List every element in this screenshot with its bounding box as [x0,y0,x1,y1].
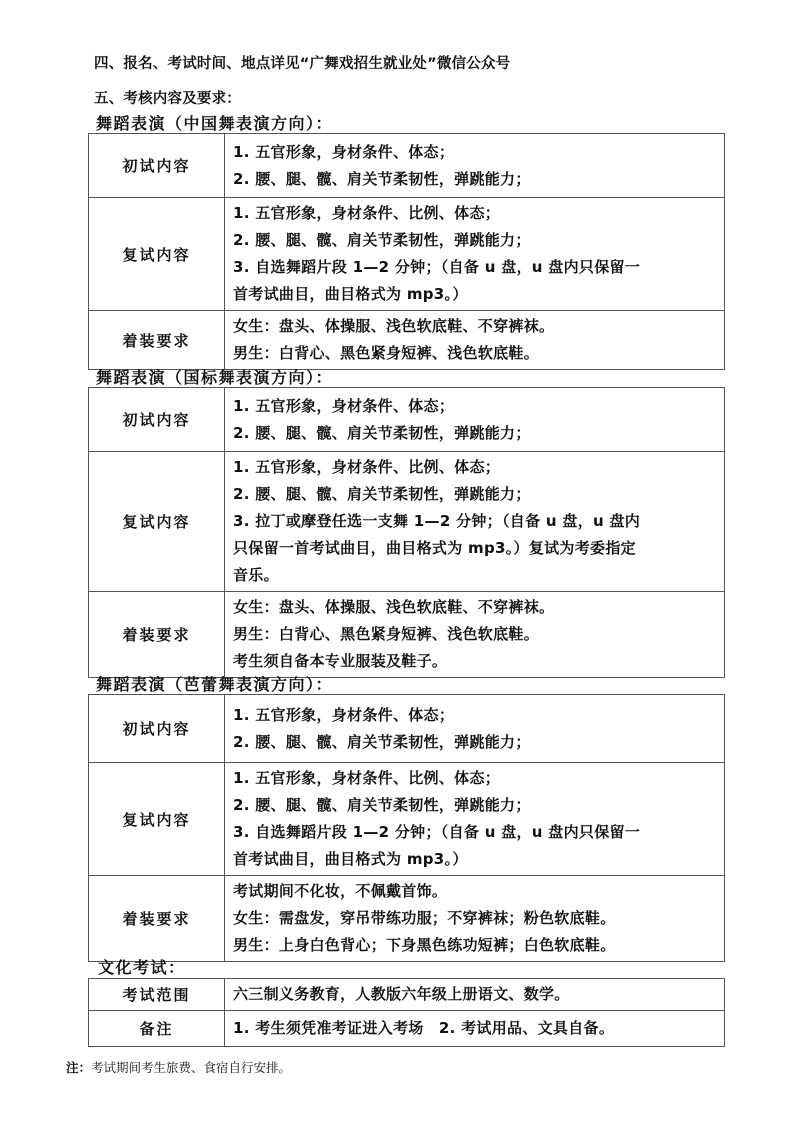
heading-registration-info: 四、报名、考试时间、地点详见“广舞戏招生就业处”微信公众号 [94,52,510,73]
table-row: 初试内容 1. 五官形象，身材条件、体态； 2. 腰、腿、髋、肩关节柔韧性，弹跳… [89,388,725,452]
table-row: 考试范围 六三制义务教育，人教版六年级上册语文、数学。 [89,979,725,1011]
content-line: 男生：白背心、黑色紧身短裤、浅色软底鞋。 [233,340,720,367]
content-line: 2. 腰、腿、髋、肩关节柔韧性，弹跳能力； [233,227,720,254]
content-line: 只保留一首考试曲目，曲目格式为 mp3。）复试为考委指定 [233,535,720,562]
content-line: 3. 自选舞蹈片段 1—2 分钟；（自备 u 盘，u 盘内只保留一 [233,819,720,846]
content-line: 女生：需盘发，穿吊带练功服；不穿裤袜；粉色软底鞋。 [233,905,720,932]
section-title-culture-exam: 文化考试： [98,955,186,978]
table-row: 复试内容 1. 五官形象，身材条件、比例、体态； 2. 腰、腿、髋、肩关节柔韧性… [89,452,725,592]
footnote: 注：考试期间考生旅费、食宿自行安排。 [66,1058,291,1076]
footnote-text: 考试期间考生旅费、食宿自行安排。 [91,1060,291,1075]
content-line: 3. 拉丁或摩登任选一支舞 1—2 分钟；（自备 u 盘，u 盘内 [233,508,720,535]
content-line: 考生须自备本专业服装及鞋子。 [233,648,720,675]
table-row: 着装要求 女生：盘头、体操服、浅色软底鞋、不穿裤袜。 男生：白背心、黑色紧身短裤… [89,311,725,370]
content-line: 首考试曲目，曲目格式为 mp3。） [233,846,720,873]
content-line: 1. 考生须凭准考证进入考场 2. 考试用品、文具自备。 [233,1015,720,1042]
row-content: 1. 五官形象，身材条件、比例、体态； 2. 腰、腿、髋、肩关节柔韧性，弹跳能力… [225,452,725,592]
table-chinese-dance: 初试内容 1. 五官形象，身材条件、体态； 2. 腰、腿、髋、肩关节柔韧性，弹跳… [88,133,725,370]
content-line: 1. 五官形象，身材条件、比例、体态； [233,765,720,792]
content-line: 2. 腰、腿、髋、肩关节柔韧性，弹跳能力； [233,792,720,819]
content-line: 首考试曲目，曲目格式为 mp3。） [233,281,720,308]
row-content: 1. 五官形象，身材条件、体态； 2. 腰、腿、髋、肩关节柔韧性，弹跳能力； [225,134,725,198]
content-line: 女生：盘头、体操服、浅色软底鞋、不穿裤袜。 [233,313,720,340]
content-line: 1. 五官形象，身材条件、比例、体态； [233,200,720,227]
content-line: 1. 五官形象，身材条件、体态； [233,139,720,166]
table-row: 着装要求 考试期间不化妆，不佩戴首饰。 女生：需盘发，穿吊带练功服；不穿裤袜；粉… [89,876,725,962]
table-row: 复试内容 1. 五官形象，身材条件、比例、体态； 2. 腰、腿、髋、肩关节柔韧性… [89,198,725,311]
row-label: 备注 [89,1011,225,1047]
row-label: 考试范围 [89,979,225,1011]
table-row: 初试内容 1. 五官形象，身材条件、体态； 2. 腰、腿、髋、肩关节柔韧性，弹跳… [89,695,725,763]
table-ballet: 初试内容 1. 五官形象，身材条件、体态； 2. 腰、腿、髋、肩关节柔韧性，弹跳… [88,694,725,962]
section-title-ballet: 舞蹈表演（芭蕾舞表演方向）： [96,672,333,695]
content-line: 3. 自选舞蹈片段 1—2 分钟；（自备 u 盘，u 盘内只保留一 [233,254,720,281]
row-label: 复试内容 [89,198,225,311]
content-line: 女生：盘头、体操服、浅色软底鞋、不穿裤袜。 [233,594,720,621]
row-content: 六三制义务教育，人教版六年级上册语文、数学。 [225,979,725,1011]
content-line: 六三制义务教育，人教版六年级上册语文、数学。 [233,981,720,1008]
content-line: 2. 腰、腿、髋、肩关节柔韧性，弹跳能力； [233,166,720,193]
row-content: 女生：盘头、体操服、浅色软底鞋、不穿裤袜。 男生：白背心、黑色紧身短裤、浅色软底… [225,311,725,370]
row-label: 初试内容 [89,695,225,763]
row-content: 1. 五官形象，身材条件、体态； 2. 腰、腿、髋、肩关节柔韧性，弹跳能力； [225,388,725,452]
table-row: 复试内容 1. 五官形象，身材条件、比例、体态； 2. 腰、腿、髋、肩关节柔韧性… [89,763,725,876]
row-content: 1. 考生须凭准考证进入考场 2. 考试用品、文具自备。 [225,1011,725,1047]
row-content: 女生：盘头、体操服、浅色软底鞋、不穿裤袜。 男生：白背心、黑色紧身短裤、浅色软底… [225,592,725,678]
section-title-chinese-dance: 舞蹈表演（中国舞表演方向）： [96,111,333,134]
footnote-prefix: 注： [66,1060,91,1075]
table-culture-exam: 考试范围 六三制义务教育，人教版六年级上册语文、数学。 备注 1. 考生须凭准考… [88,978,725,1047]
row-label: 着装要求 [89,311,225,370]
table-row: 初试内容 1. 五官形象，身材条件、体态； 2. 腰、腿、髋、肩关节柔韧性，弹跳… [89,134,725,198]
content-line: 1. 五官形象，身材条件、体态； [233,702,720,729]
content-line: 男生：白背心、黑色紧身短裤、浅色软底鞋。 [233,621,720,648]
table-ballroom-dance: 初试内容 1. 五官形象，身材条件、体态； 2. 腰、腿、髋、肩关节柔韧性，弹跳… [88,387,725,678]
content-line: 2. 腰、腿、髋、肩关节柔韧性，弹跳能力； [233,729,720,756]
row-label: 着装要求 [89,592,225,678]
content-line: 1. 五官形象，身材条件、比例、体态； [233,454,720,481]
row-content: 1. 五官形象，身材条件、比例、体态； 2. 腰、腿、髋、肩关节柔韧性，弹跳能力… [225,763,725,876]
content-line: 音乐。 [233,562,720,589]
table-row: 备注 1. 考生须凭准考证进入考场 2. 考试用品、文具自备。 [89,1011,725,1047]
row-label: 复试内容 [89,763,225,876]
table-row: 着装要求 女生：盘头、体操服、浅色软底鞋、不穿裤袜。 男生：白背心、黑色紧身短裤… [89,592,725,678]
content-line: 2. 腰、腿、髋、肩关节柔韧性，弹跳能力； [233,420,720,447]
content-line: 1. 五官形象，身材条件、体态； [233,393,720,420]
content-line: 考试期间不化妆，不佩戴首饰。 [233,878,720,905]
content-line: 男生：上身白色背心；下身黑色练功短裤；白色软底鞋。 [233,932,720,959]
row-label: 着装要求 [89,876,225,962]
row-label: 初试内容 [89,388,225,452]
heading-assessment-content: 五、考核内容及要求： [94,87,241,108]
row-label: 复试内容 [89,452,225,592]
row-content: 1. 五官形象，身材条件、比例、体态； 2. 腰、腿、髋、肩关节柔韧性，弹跳能力… [225,198,725,311]
row-content: 1. 五官形象，身材条件、体态； 2. 腰、腿、髋、肩关节柔韧性，弹跳能力； [225,695,725,763]
section-title-ballroom-dance: 舞蹈表演（国标舞表演方向）： [96,365,333,388]
row-content: 考试期间不化妆，不佩戴首饰。 女生：需盘发，穿吊带练功服；不穿裤袜；粉色软底鞋。… [225,876,725,962]
row-label: 初试内容 [89,134,225,198]
content-line: 2. 腰、腿、髋、肩关节柔韧性，弹跳能力； [233,481,720,508]
